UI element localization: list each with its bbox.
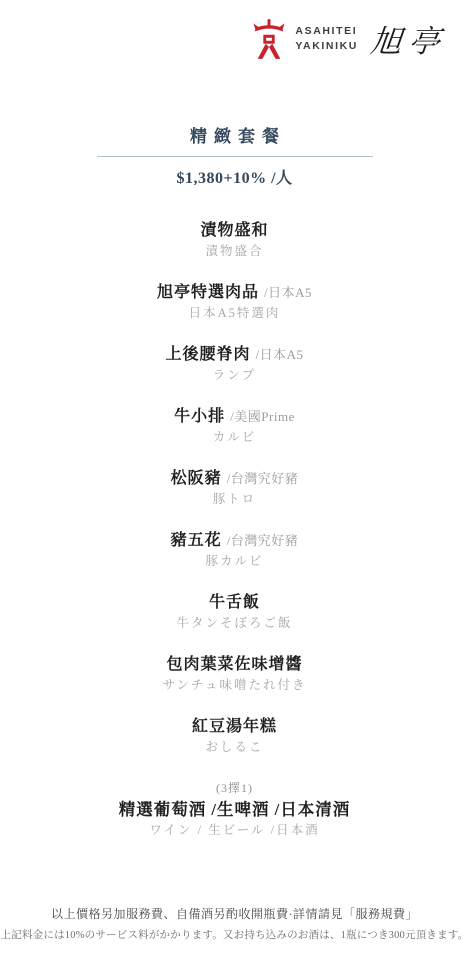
course-item: 上後腰脊肉 /日本A5 ランプ [0, 345, 469, 384]
brand-wordmark: ASAHITEI YAKINIKU [295, 24, 358, 53]
asahitei-logo-icon [252, 18, 286, 60]
course-item: 松阪豬 /台灣究好豬 豚トロ [0, 469, 469, 508]
item-subtitle: カルビ [0, 428, 469, 446]
item-name: 牛舌飯 [209, 594, 260, 611]
course-item: 漬物盛和 漬物盛合 [0, 221, 469, 260]
item-name: 豬五花 [171, 532, 222, 549]
item-name: 包肉葉菜佐味增醬 [166, 656, 302, 673]
course-item: 牛小排 /美國Prime カルビ [0, 407, 469, 446]
item-subtitle: おしるこ [0, 738, 469, 756]
item-name: 旭亭特選肉品 [157, 284, 259, 301]
title-divider [97, 156, 373, 157]
item-annotation: /日本A5 [264, 285, 312, 300]
item-name: 紅豆湯年糕 [192, 718, 277, 735]
item-annotation: /台灣究好豬 [227, 533, 299, 548]
course-item: 紅豆湯年糕 おしるこ [0, 717, 469, 756]
menu-title: 精緻套餐 [0, 122, 469, 147]
item-name: 松阪豬 [171, 470, 222, 487]
choice-note: (3擇1) [0, 779, 469, 796]
item-subtitle: サンチュ味噌たれ付き [0, 676, 469, 694]
item-annotation: /日本A5 [256, 347, 304, 362]
course-items: 漬物盛和 漬物盛合 旭亭特選肉品 /日本A5 日本A5特選肉 上後腰脊肉 /日本… [0, 221, 469, 756]
course-item: 豬五花 /台灣究好豬 豚カルビ [0, 531, 469, 570]
brand-line1: ASAHITEI [295, 24, 358, 39]
menu-content: 精緻套餐 $1,380+10% /人 漬物盛和 漬物盛合 旭亭特選肉品 /日本A… [0, 0, 469, 839]
course-item: 旭亭特選肉品 /日本A5 日本A5特選肉 [0, 283, 469, 322]
course-item: 包肉葉菜佐味增醬 サンチュ味噌たれ付き [0, 655, 469, 694]
course-item: 牛舌飯 牛タンそぼろご飯 [0, 593, 469, 632]
item-annotation: /美國Prime [230, 409, 295, 424]
item-name: 牛小排 [174, 408, 225, 425]
item-name: 漬物盛和 [200, 222, 268, 239]
item-subtitle: 豚カルビ [0, 552, 469, 570]
item-subtitle: 日本A5特選肉 [0, 304, 469, 322]
brand-calligraphy: 旭亭 [369, 16, 450, 61]
drink-course-subtitle: ワイン / 生ビール /日本酒 [0, 821, 469, 839]
item-subtitle: 漬物盛合 [0, 242, 469, 260]
footer-service-note-ja: 上記料金には10%のサービス料がかかります。又お持ち込みのお酒は、1瓶につき30… [0, 927, 469, 942]
item-name: 上後腰脊肉 [165, 346, 250, 363]
item-annotation: /台灣究好豬 [227, 471, 299, 486]
item-subtitle: ランプ [0, 366, 469, 384]
menu-page: ASAHITEI YAKINIKU 旭亭 精緻套餐 $1,380+10% /人 … [0, 0, 469, 960]
price-line: $1,380+10% /人 [0, 165, 469, 188]
brand-line2: YAKINIKU [295, 39, 358, 54]
item-subtitle: 牛タンそぼろご飯 [0, 614, 469, 632]
footer-service-note-zh: 以上價格另加服務費、自備酒另酌收開瓶費·詳情請見「服務規費」 [0, 905, 469, 922]
price-unit: /人 [271, 170, 292, 187]
item-subtitle: 豚トロ [0, 490, 469, 508]
footer-notes: 以上價格另加服務費、自備酒另酌收開瓶費·詳情請見「服務規費」 上記料金には10%… [0, 905, 469, 942]
drink-course-name: 精選葡萄酒 /生啤酒 /日本清酒 [0, 799, 469, 821]
price-amount: $1,380+10% [176, 170, 266, 187]
brand-header: ASAHITEI YAKINIKU 旭亭 [252, 16, 447, 61]
